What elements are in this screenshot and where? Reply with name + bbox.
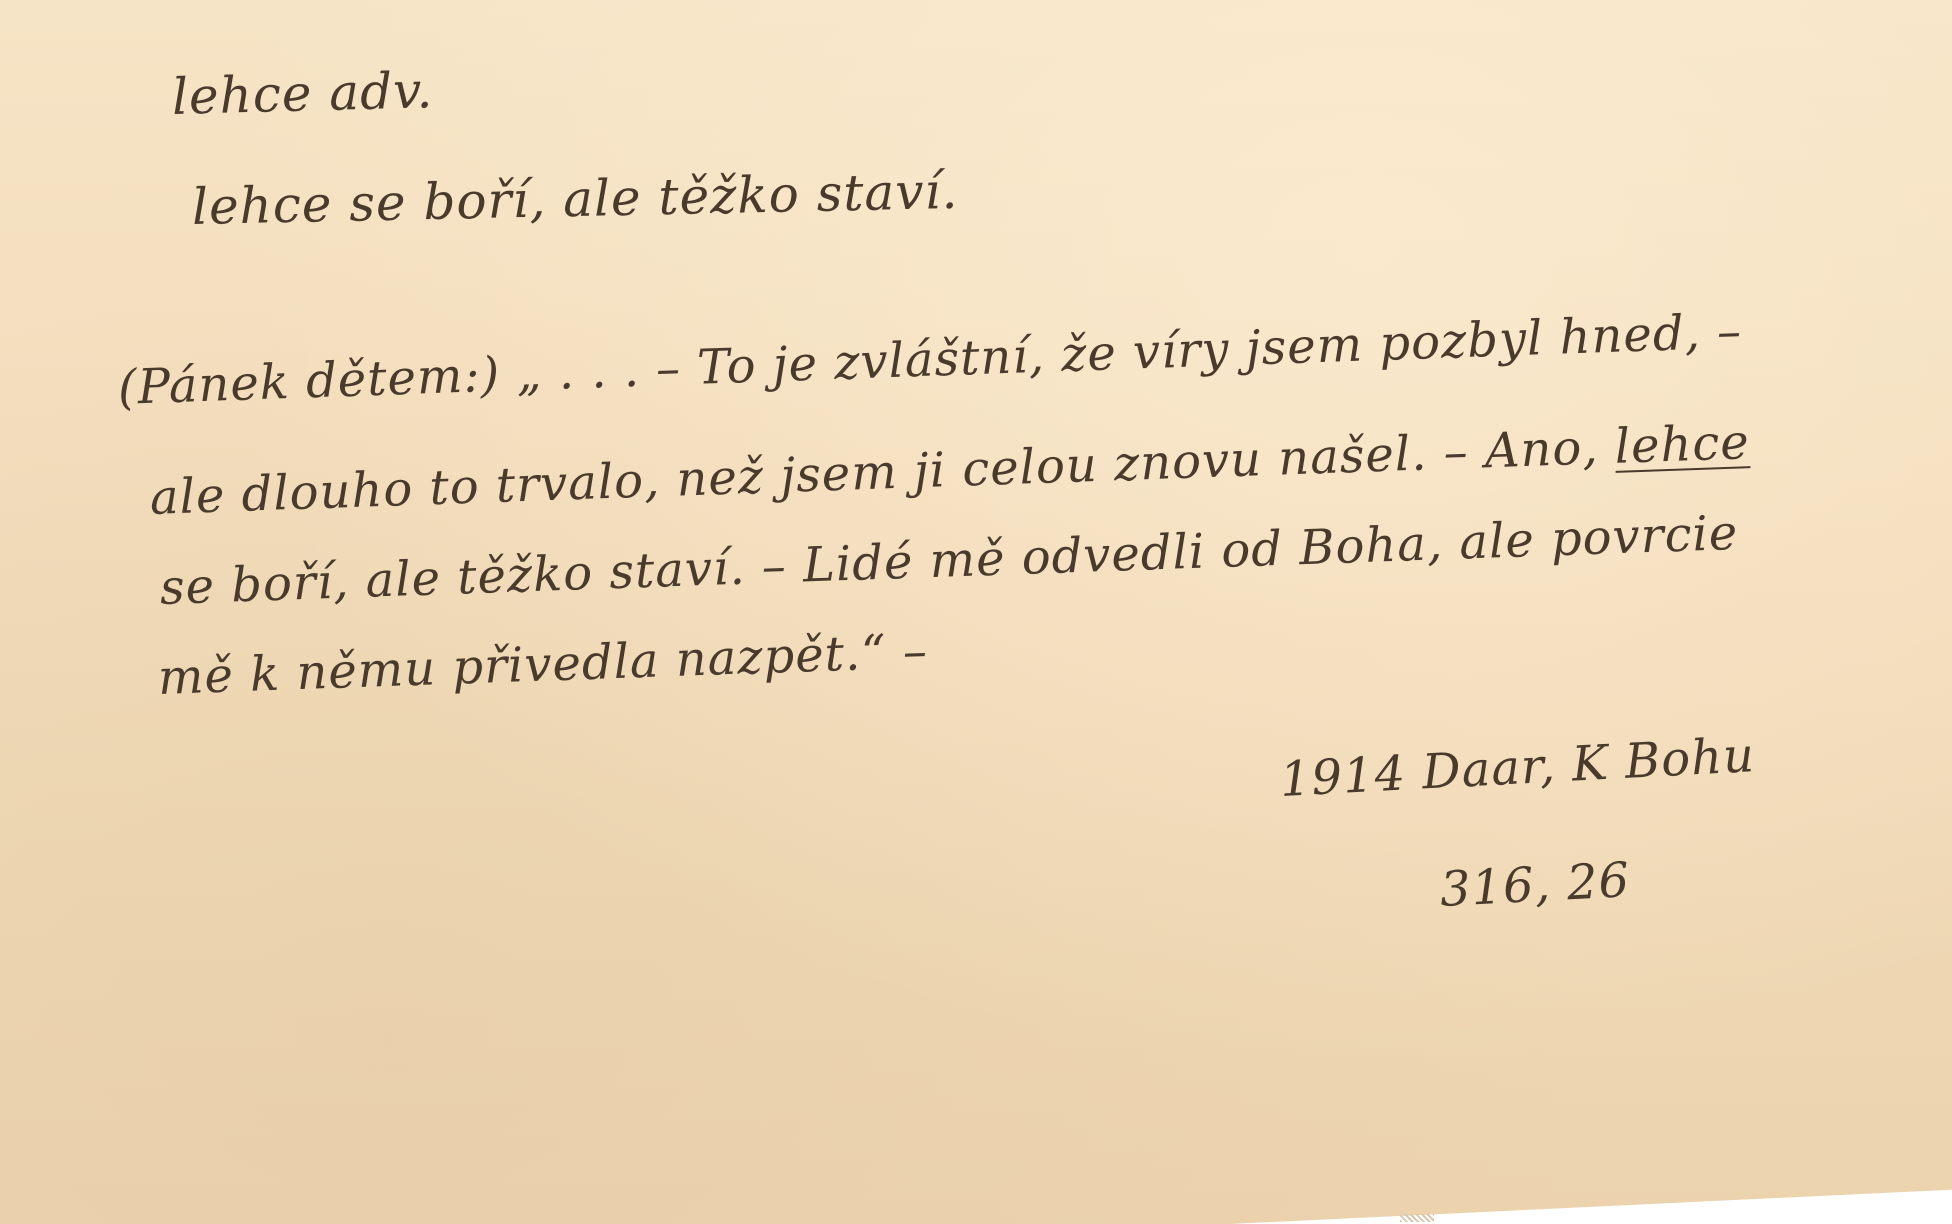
scan-edge-mark [1400,1214,1434,1222]
underlined-headword: lehce [1614,414,1751,475]
citation-page: 316, 26 [1439,852,1632,918]
headword: lehce adv. [171,61,434,126]
